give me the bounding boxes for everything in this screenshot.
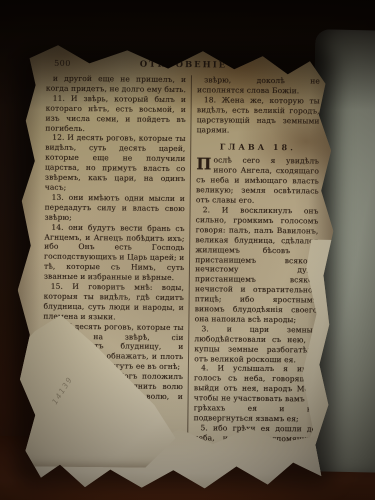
verse: 18. Жена же, которую ты видѣлъ, есть вел… [197, 95, 320, 136]
verse: 14. они будутъ вести брань съ Агнцемъ, и… [44, 222, 185, 283]
verse: звѣрю, доколѣ не исполнятся слова Божіи. [197, 75, 320, 96]
verse: и другой еще не пришелъ, и когда придетъ… [46, 74, 186, 95]
drop-cap: П [196, 157, 211, 172]
verse-text: ослѣ сего я увидѣлъ иного Ангела, сходящ… [196, 156, 319, 205]
verse: 2. И воскликнулъ онъ сильно, громкимъ го… [195, 205, 319, 325]
verse: 15. И говоритъ мнѣ: воды, которыя ты вид… [43, 282, 184, 323]
verse: 4. И услышалъ я иной голосъ съ неба, гов… [194, 364, 317, 425]
book-page: 500 ОТКРОВЕНІЕ и другой еще не пришелъ, … [16, 40, 336, 489]
photo-frame: 500 ОТКРОВЕНІЕ и другой еще не пришелъ, … [0, 0, 375, 500]
right-column: звѣрю, доколѣ не исполнятся слова Божіи.… [187, 75, 320, 472]
page-number: 500 [54, 59, 71, 68]
verse: 12. И десять роговъ, которые ты видѣлъ, … [45, 133, 186, 194]
chapter-heading: ГЛАВА 18. [196, 142, 319, 153]
verse: 13. они имѣютъ одни мысли и передадутъ с… [44, 193, 185, 224]
verse: Послѣ сего я увидѣлъ иного Ангела, сходя… [196, 156, 319, 207]
verse: 3. и цари земные любодѣйствовали съ нею,… [194, 324, 317, 365]
verse: 11. И звѣрь, который былъ и котораго нѣт… [45, 93, 186, 134]
